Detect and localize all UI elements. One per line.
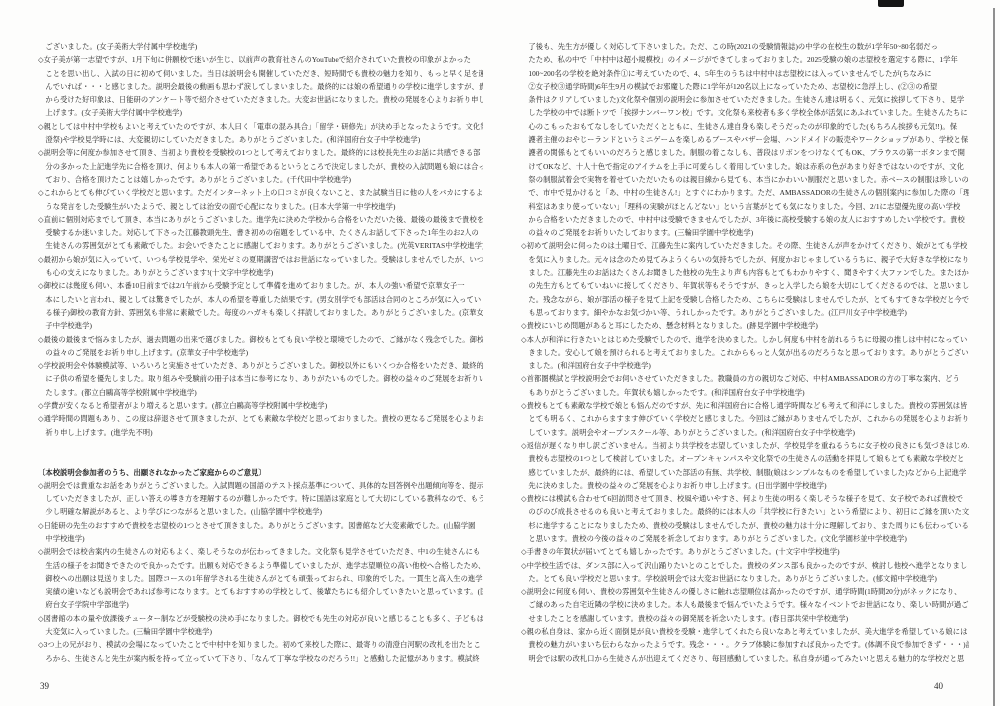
text-line: 本にしたいと言われ、親としては驚きでしたが、本人の希望を尊重した結果です。(男女… xyxy=(38,293,483,306)
text-line: ◇手書きの年賀状が届いてとても嬉しかったです。ありがとうございました。(十文字中… xyxy=(521,545,969,558)
text-line: 護者の関係もとてもいいのだろうと感じました。制服の着こなしも、普段はリボンをつけ… xyxy=(521,146,969,159)
text-line: した学校の中では断トツで「挨拶ナンバーワン校」です。文化祭も来校者も多く学校全体… xyxy=(521,106,969,119)
text-line: 了後も、先生方が優しく対応して下さいました。ただ、この時(2021の受験情報誌)… xyxy=(521,40,969,53)
text-line: ◇図書館の本の量や放課後チューター制などが受験校の決め手になりました。御校でも先… xyxy=(38,612,483,625)
text-line: る様子)御校の教育方針、雰囲気も非常に素敵でした。毎度のハガキも楽しく拝読してお… xyxy=(38,306,483,319)
text-line: ◇学校説明会や体験模試等、いろいろと実施させていただき、ありがとうございました。… xyxy=(38,359,483,372)
text-line: ◇最後の最後まで悩みましたが、過去問題の出来で選びました。御校もとても良い学校と… xyxy=(38,333,483,346)
text-line: ことを思い出し、入試の日に初めて伺いました。当日は説明会も開催していただき、短時… xyxy=(38,67,483,80)
text-line: 府台女子学院中学部進学) xyxy=(38,598,483,611)
text-line: ◇説明会に何度も伺い、貴校の雰囲気や生徒さんの優しさに触れ志望順位は高かったので… xyxy=(521,585,969,598)
text-line: たします。(都立白鷗高等学校附属中学校進学) xyxy=(38,386,483,399)
scanned-booklet-spread: { "document": { "type": "scanned booklet… xyxy=(0,0,1000,706)
text-line: 生徒さんの雰囲気がとても素敵でした。お会いできたことに感謝しております。ありがと… xyxy=(38,239,483,252)
text-line: も思っております。細やかなお気づかい等、うれしかったです。ありがとうございました… xyxy=(521,306,969,319)
text-line: うな発言をした受験生がいたようで、親としては治安の面で心配になりました。(日本大… xyxy=(38,200,483,213)
text-line: んでいれば・・・と感じました。説明会最後の動画も思わず涙してしまいました。最終的… xyxy=(38,80,483,93)
text-line: 心のこもったおもてなしをしていただくとともに、生徒さん達自身も楽しそうだったのが… xyxy=(521,120,969,133)
text-line: たため、私の中で「中村中は超小規模校」のイメージができてしまっておりました。20… xyxy=(521,53,969,66)
text-line: た。とても良い学校だと思います。学校説明会では大変お世話になりました。ありがとう… xyxy=(521,572,969,585)
text-line: 科室はあまり使っていない」「理科の実験がほとんどない」という言葉がとても気になり… xyxy=(521,200,969,213)
text-line: ◇説明会では校舎案内の生徒さんの対応もよく、楽しそうなのが伝わってきました。文化… xyxy=(38,545,483,558)
text-line: ◇本人が和洋に行きたいとはじめた受験でしたので、進学を決めました。しかし何度も中… xyxy=(521,333,969,346)
text-line: 明会では駅の改札口から生徒さんが出迎えてくださり、毎回感動していました。私自身が… xyxy=(521,652,969,665)
scan-edge-line xyxy=(993,8,995,706)
blank-gap xyxy=(38,452,483,465)
text-line: ご縁のあった自宅近隣の学校に決めました。本人も最後まで悩んでいたようです。様々な… xyxy=(521,598,969,611)
text-line: 祈り申し上げます。(進学先不明) xyxy=(38,426,483,439)
text-line: ◇直前に個別対応までして頂き、本当にありがとうございました。進学先に決めた学校か… xyxy=(38,213,483,226)
text-line: 杉に進学することになりましたため、貴校の受験はしませんでしたが、貴校の魅力は十分… xyxy=(521,519,969,532)
text-line: から受けた好印象は、日能研のアンケート等で紹介させていただきました。大変お世話に… xyxy=(38,93,483,106)
text-line: ◇これからとても伸びていく学校だと思います。ただインターネット上の口コミが良くな… xyxy=(38,186,483,199)
text-line: ◇最初から娘が気に入っていて、いつも学校見学や、栄光ゼミの夏期講習ではお世話にな… xyxy=(38,253,483,266)
text-line: ◇返信が遅くなり申し訳ございません。当初より共学校を志望していましたが、学校見学… xyxy=(521,439,969,452)
text-line: と思います。貴校の今後の益々のご発展を祈念しております。ありがとうございました。… xyxy=(521,532,969,545)
page-number-left: 39 xyxy=(40,681,49,691)
blank-gap xyxy=(38,439,483,452)
text-line: とても明るく、これからますます伸びていく学校だと感じました。今回はご縁がありませ… xyxy=(521,412,969,425)
text-line: ◇日能研の先生のおすすめで貴校を志望校の1つとさせて頂きました。ありがとうござい… xyxy=(38,519,483,532)
text-line: 澄祭)や学校見学時には、大変親切にしていただきました。ありがとうございました。(… xyxy=(38,133,483,146)
text-line: 御校への出願は見送りました。国際コースの1年留学される生徒さんがとても頑張ってお… xyxy=(38,572,483,585)
text-line: ており、合格を頂けたことは嬉しかったです。ありがとうございました。(千代田中学校… xyxy=(38,173,483,186)
text-line: ◇女子美が第一志望ですが、1月下旬に併願校で迷いが生じ、以前声の教育社さんのYo… xyxy=(38,53,483,66)
text-line: で、市中で見かけると「あ、中村の生徒さん!」とすぐにわかります。ただ、AMBAS… xyxy=(521,186,969,199)
text-line: 上げます。(女子美術大学付属中学校進学) xyxy=(38,106,483,119)
text-line: 生活の様子をお聞きできたので良かったです。出願も対応できるよう準備していましたが… xyxy=(38,559,483,572)
book-spread: ございました。(女子美術大学付属中学校進学)◇女子美が第一志望ですが、1月下旬に… xyxy=(0,0,1000,706)
text-line: ②女子校③通学時間)6年生9月の模試でお邪魔した際に1学年が120名以上になって… xyxy=(521,80,969,93)
text-line: 中学校進学) xyxy=(38,532,483,545)
text-line: ◇3つ上の兄がおり、模試の会場になっていたことで中村中を知りました。初めて来校し… xyxy=(38,638,483,651)
text-line: から合格をいただきましたので、中村中は受験できませんでしたが、3年後に高校受験す… xyxy=(521,213,969,226)
scan-artifact-mark xyxy=(878,0,904,7)
text-line: せましたことを感謝しています。貴校の益々の御発展を祈念いたします。(春日部共栄中… xyxy=(521,612,969,625)
text-line: 子中学校進学) xyxy=(38,319,483,332)
page-40-text-column: 了後も、先生方が優しく対応して下さいました。ただ、この時(2021の受験情報誌)… xyxy=(521,40,969,665)
text-line: ◇貴校もとても素敵な学校で娘とも悩んだのですが、先に和洋国府台に合格し通学時間な… xyxy=(521,399,969,412)
page-39-text-column: ございました。(女子美術大学付属中学校進学)◇女子美が第一志望ですが、1月下旬に… xyxy=(38,40,483,665)
text-line: しています。説明会やオープンスクール等、ありがとうございました。(和洋国府台女子… xyxy=(521,426,969,439)
text-line: 100~200名の学校を絶対条件①に考えていたので、4、5年生のうちは中村中は志… xyxy=(521,67,969,80)
text-line: を気に入りました。元々は念のため見てみようくらいの気持ちでしたが、何度かおじゃま… xyxy=(521,253,969,266)
text-line: けてOKなど、十人十色で指定のアイテムを上手に可愛らしく着用していました。娘は赤… xyxy=(521,160,969,173)
text-line: ◇親の私自身は、家から近く面倒見が良い貴校を受験・進学してくれたら良いなあと考え… xyxy=(521,625,969,638)
text-line: 大変気に入っていました。(三輪田学園中学校進学) xyxy=(38,625,483,638)
text-line: していただきましたが、正しい答えの導き方を理解するのが難しかったです。特に国語は… xyxy=(38,492,483,505)
text-line: もありがとうございました。年賀状も嬉しかったです。(和洋国府台女子中学校進学) xyxy=(521,386,969,399)
text-line: た。残念ながら、娘が部活の様子を見て上記を受験し合格したため、こちらに受験はしま… xyxy=(521,293,969,306)
text-line: ました。(和洋国府台女子中学校進学) xyxy=(521,359,969,372)
text-line: ◇首都圏模試と学校説明会でお伺いさせていただきました。教職員の方の親切なご対応、… xyxy=(521,372,969,385)
text-line: ろから、生徒さんと先生が案内板を持って立っていて下さり、「なんて丁寧な学校なのだ… xyxy=(38,652,483,665)
text-line: ◇御校には幾度も伺い、本番10日前までは2/1午前から受験予定として準備を進めて… xyxy=(38,279,483,292)
text-line: 貴校の魅力がいまいち伝わらなかったようです。残念・・・。クラブ体験に参加すれば良… xyxy=(521,638,969,651)
text-line: ◇通学時間の問題もあり、この度は辞退させて頂きましたが、とても素敵な学校だと思っ… xyxy=(38,412,483,425)
text-line: 先に決めました。貴校の益々のご発展を心よりお祈り申し上げます。(日出学園中学校進… xyxy=(521,479,969,492)
text-line: の益々のご発展をお祈り申し上げます。(京華女子中学校進学) xyxy=(38,346,483,359)
text-line: 受験するか迷いました。対応して下さった江藤教頭先生、書き初めの宿題をしている中、… xyxy=(38,226,483,239)
text-line: 少し明確な解説があると、より学びにつながると思いました。(山脇学園中学校進学) xyxy=(38,505,483,518)
text-line: ◇初めて説明会に伺ったのは土曜日で、江藤先生に案内していただきました。その際、生… xyxy=(521,239,969,252)
text-line: ◇学費が安くなると希望者がより増えると思います。(都立白鷗高等学校附属中学校進学… xyxy=(38,399,483,412)
text-line: 分の多かった上記進学先に合格を頂け、何よりも本人の第一希望であるというところで決… xyxy=(38,160,483,173)
text-line: も心の支えになりました。ありがとうございます!(十文字中学校進学) xyxy=(38,266,483,279)
text-line: 実績の違いなども説明会であれば参考になります。とてもおすすめの学校として、後輩た… xyxy=(38,585,483,598)
page-number-right: 40 xyxy=(934,681,943,691)
text-line: 護者主催のおやじーランドというミニゲームを楽しめるブースやバザー会場、ハンドメイ… xyxy=(521,133,969,146)
text-line: の益々のご発展をお祈りいたしております。(三輪田学園中学校進学) xyxy=(521,226,969,239)
text-line: ◇説明会等に何度か参加させて頂き、当初より貴校を受験校の1つとして考えておりまし… xyxy=(38,146,483,159)
text-line: ◇貴校にいじめ問題があると耳にしたため、懸念材料となりました。(跡見学園中学校進… xyxy=(521,319,969,332)
text-line: 祭の制服試着会で実物を着せていただいたものは親目線から見ても、本当にかわいい制服… xyxy=(521,173,969,186)
text-line: の先生方もとてもていねいに接してくださり、年賀状等もそうですが、きっと入学したら… xyxy=(521,279,969,292)
section-header: 〔本校説明会参加者のうち、出願されなかったご家庭からのご意見〕 xyxy=(38,466,483,479)
text-line: 感じていましたが、最終的には、希望していた部活の有無、共学校、制服(娘はシンプル… xyxy=(521,466,969,479)
text-line: ◇貴校には模試も合わせて6回訪問させて頂き、校風や通いやすさ、何より生徒の明るく… xyxy=(521,492,969,505)
text-line: きました。安心して娘を預けられると考えておりました。これからもっと人気が出るのだ… xyxy=(521,346,969,359)
text-line: ◇中学校生活では、ダンス部に入って沢山踊りたいとのことでした。貴校のダンス部も良… xyxy=(521,559,969,572)
text-line: ました。江藤先生のお話はたくさんお聞きした他校の先生より声も内容もとてもわかりや… xyxy=(521,266,969,279)
text-line: 条件はクリアしていました)文化祭や個別の説明会に参加させていただきました。生徒さ… xyxy=(521,93,969,106)
text-line: 貴校も志望校の1つとして検討していました。オープンキャンパスや文化祭での生徒さん… xyxy=(521,452,969,465)
text-line: ◇親としては中村中学校もよいと考えていたのですが、本人曰く「電車の混み具合」「留… xyxy=(38,120,483,133)
text-line: ◇説明会では貴重なお話をありがとうございました。入試問題の国語のテスト採点基準に… xyxy=(38,479,483,492)
text-line: ございました。(女子美術大学付属中学校進学) xyxy=(38,40,483,53)
text-line: に子供の希望を優先しました。取り組みや受験前の冊子は本当に参考になり、ありがたい… xyxy=(38,372,483,385)
text-line: のびのび成長させるのも良いと考えておりました。最終的には本人の「共学校に行きたい… xyxy=(521,505,969,518)
